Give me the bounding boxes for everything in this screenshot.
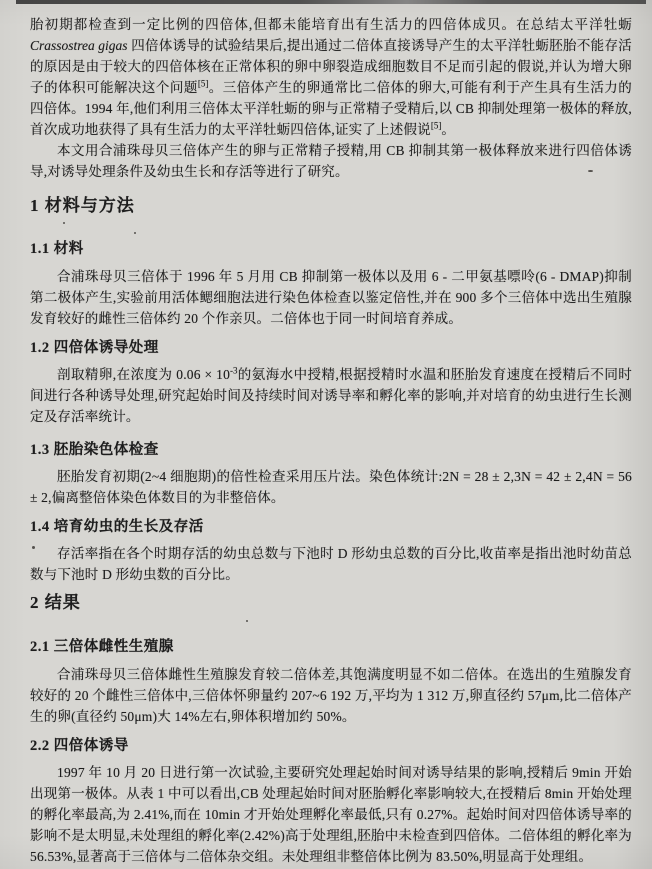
paragraph-chromosome-check: 胚胎发育初期(2~4 细胞期)的倍性检查采用压片法。染色体统计:2N = 28 … <box>30 466 632 508</box>
species-name-italic: Crassostrea gigas <box>30 38 128 53</box>
paragraph-study-aim: 本文用合浦珠母贝三倍体产生的卵与正常精子授精,用 CB 抑制其第一极体释放来进行… <box>30 140 632 182</box>
citation-ref-5: [5] <box>431 121 442 131</box>
subsection-heading-chromosome-check: 1.3 胚胎染色体检查 <box>30 440 632 460</box>
intro-text-4: 。 <box>441 122 455 137</box>
exponent-minus-3: -3 <box>230 366 238 376</box>
subsection-heading-induction-treatment: 1.2 四倍体诱导处理 <box>30 338 632 358</box>
paragraph-larvae-growth: 存活率指在各个时期存活的幼虫总数与下池时 D 形幼虫总数的百分比,收苗率是指出池… <box>30 543 632 585</box>
subsection-heading-triploid-gonad: 2.1 三倍体雌性生殖腺 <box>30 637 632 657</box>
scan-speckle <box>32 546 35 549</box>
scan-speckle <box>540 62 542 64</box>
subsection-heading-materials: 1.1 材料 <box>30 239 632 259</box>
intro-text-1: 胎初期都检查到一定比例的四倍体,但都未能培育出有生活力的四倍体成贝。在总结太平洋… <box>30 17 632 32</box>
scan-speckle <box>430 556 432 558</box>
subsection-heading-larvae-growth: 1.4 培育幼虫的生长及存活 <box>30 517 632 537</box>
section-heading-results: 2 结果 <box>30 591 632 614</box>
paragraph-materials: 合浦珠母贝三倍体于 1996 年 5 月用 CB 抑制第一极体以及用 6 - 二… <box>30 266 632 329</box>
citation-ref-5: [5] <box>198 79 209 89</box>
induction-text-1: 剖取精卵,在浓度为 0.06 × 10 <box>57 367 230 382</box>
section-heading-methods: 1 材料与方法 <box>30 194 632 217</box>
scan-speckle <box>134 232 136 234</box>
scan-speckle <box>588 170 593 172</box>
scan-speckle <box>246 620 248 622</box>
scan-speckle <box>160 714 163 716</box>
scan-speckle <box>63 222 65 224</box>
paragraph-induction-treatment: 剖取精卵,在浓度为 0.06 × 10-3的氨海水中授精,根据授精时水温和胚胎发… <box>30 364 632 427</box>
paragraph-triploid-gonad: 合浦珠母贝三倍体雌性生殖腺发育较二倍体差,其饱满度明显不如二倍体。在选出的生殖腺… <box>30 664 632 727</box>
scan-edge-artifact <box>16 0 646 4</box>
scanned-paper-page: 胎初期都检查到一定比例的四倍体,但都未能培育出有生活力的四倍体成贝。在总结太平洋… <box>0 0 652 869</box>
paragraph-intro-continuation: 胎初期都检查到一定比例的四倍体,但都未能培育出有生活力的四倍体成贝。在总结太平洋… <box>30 14 632 140</box>
paragraph-tetraploid-induction: 1997 年 10 月 20 日进行第一次试验,主要研究处理起始时间对诱导结果的… <box>30 762 632 867</box>
subsection-heading-tetraploid-induction: 2.2 四倍体诱导 <box>30 736 632 756</box>
